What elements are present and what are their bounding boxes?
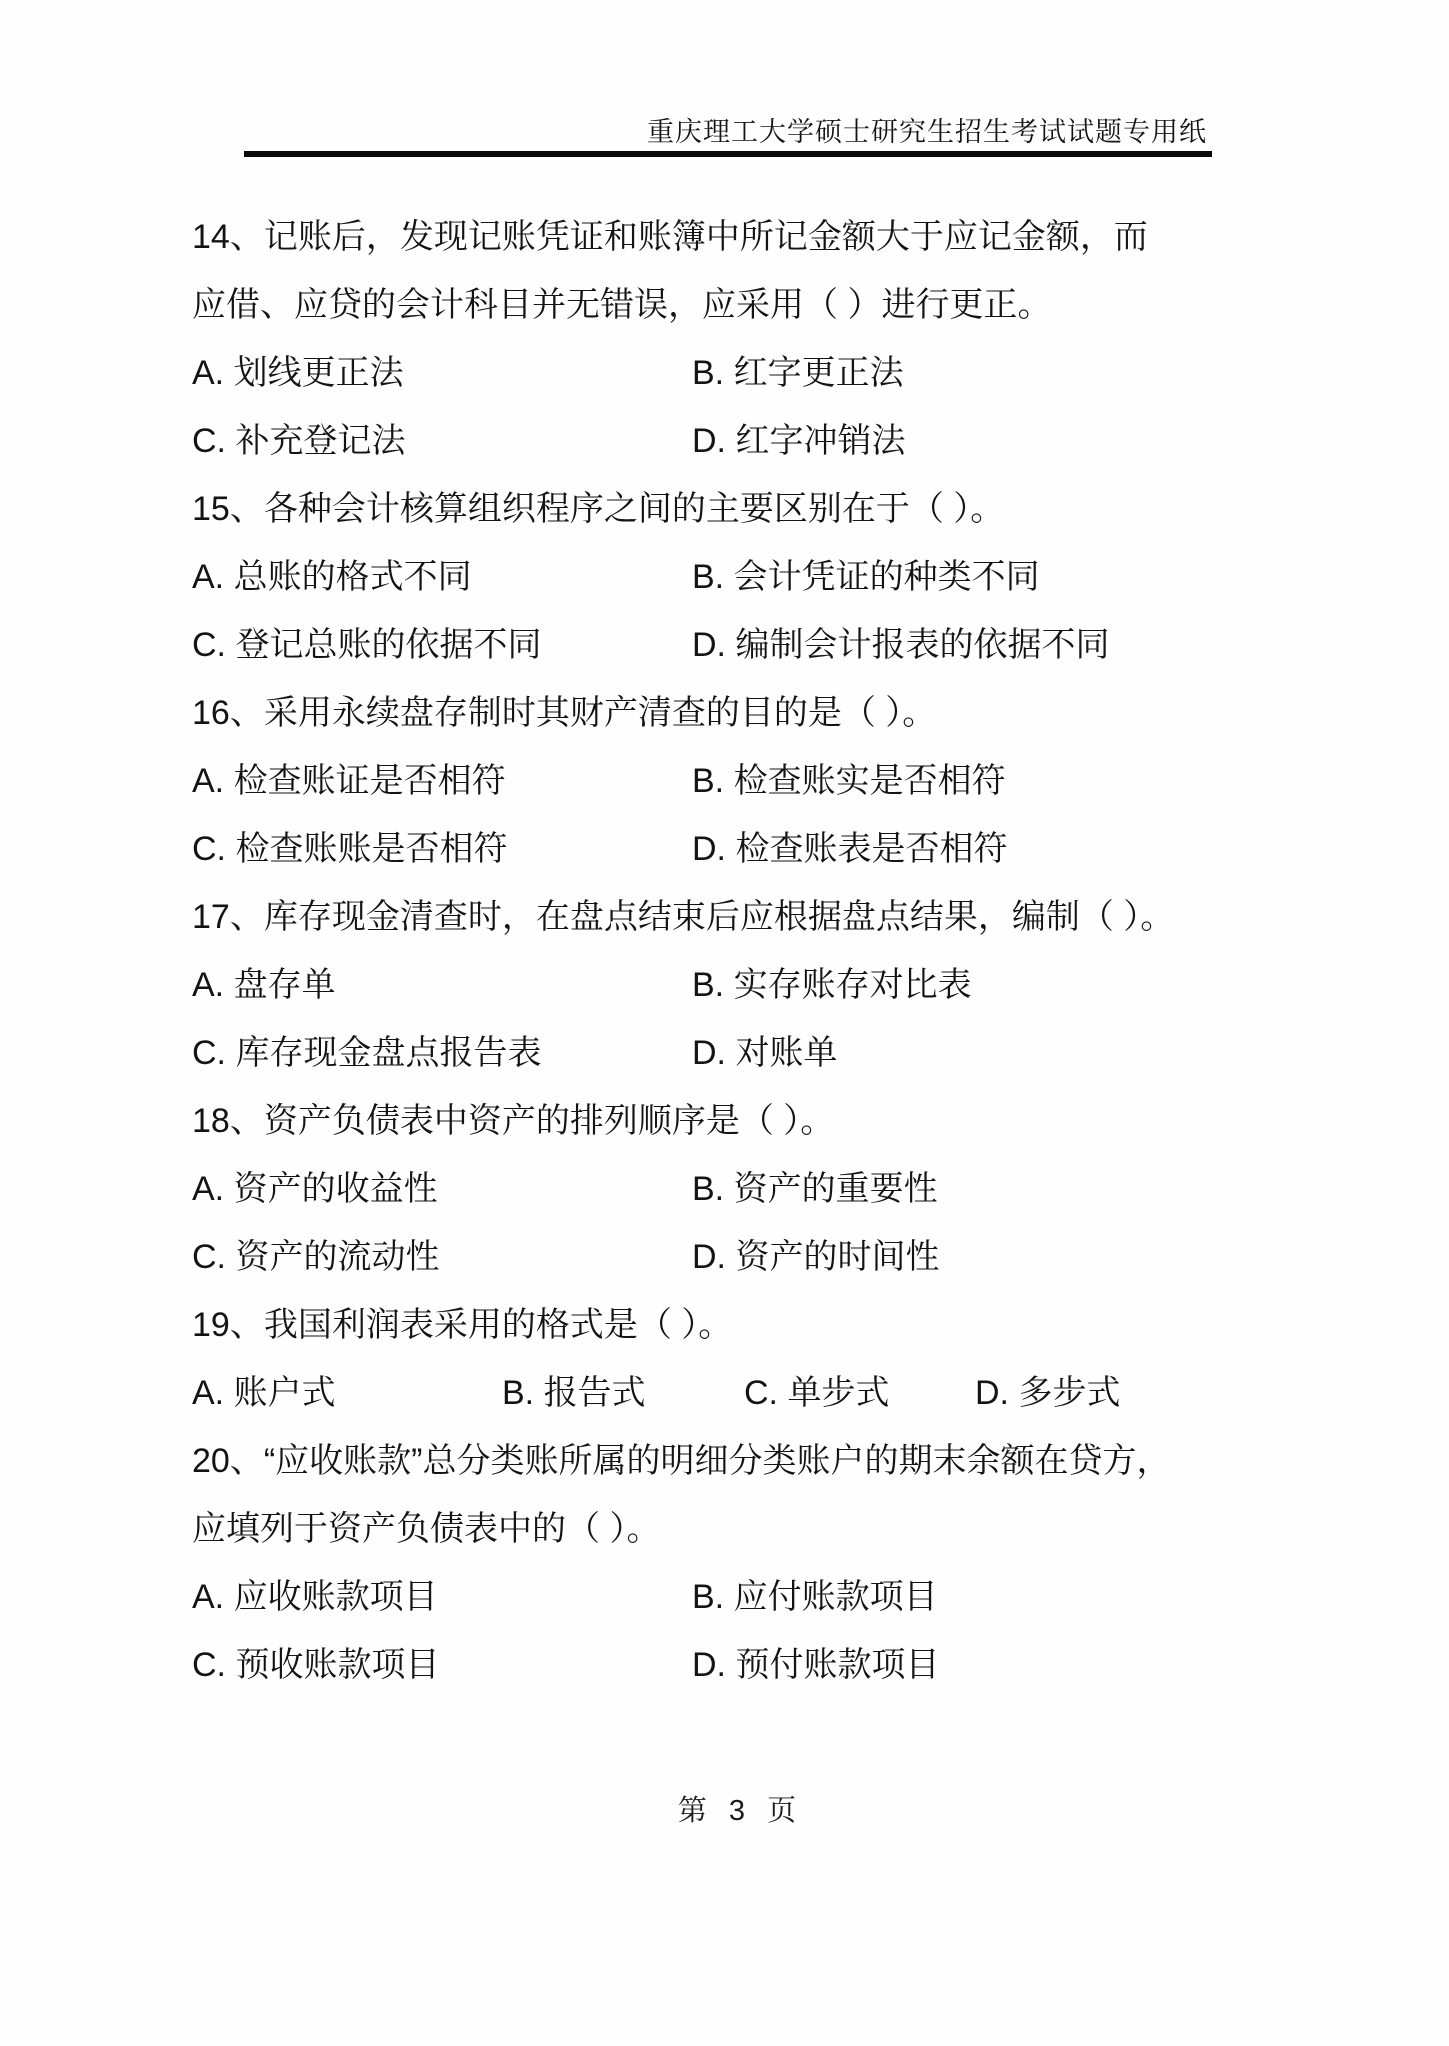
question-17-options-row-ab: A. 盘存单 B. 实存账存对比表 — [192, 951, 1282, 1019]
question-14-text-line-1: 14、记账后，发现记账凭证和账簿中所记金额大于应记金额，而 — [192, 203, 1282, 271]
option-16-a: A. 检查账证是否相符 — [192, 747, 692, 815]
option-18-d: D. 资产的时间性 — [692, 1223, 939, 1291]
question-17-text-line-1: 17、库存现金清查时，在盘点结束后应根据盘点结果，编制（ ）。 — [192, 883, 1282, 951]
question-15-options-row-ab: A. 总账的格式不同 B. 会计凭证的种类不同 — [192, 543, 1282, 611]
option-14-b: B. 红字更正法 — [692, 339, 904, 407]
option-18-c: C. 资产的流动性 — [192, 1223, 692, 1291]
question-14-options-row-cd: C. 补充登记法 D. 红字冲销法 — [192, 407, 1282, 475]
question-18-options-row-cd: C. 资产的流动性 D. 资产的时间性 — [192, 1223, 1282, 1291]
question-16-text-line-1: 16、采用永续盘存制时其财产清查的目的是（ ）。 — [192, 679, 1282, 747]
option-17-a: A. 盘存单 — [192, 951, 692, 1019]
option-18-a: A. 资产的收益性 — [192, 1155, 692, 1223]
option-14-d: D. 红字冲销法 — [692, 407, 905, 475]
question-16-options-row-ab: A. 检查账证是否相符 B. 检查账实是否相符 — [192, 747, 1282, 815]
option-14-c: C. 补充登记法 — [192, 407, 692, 475]
question-19-options-row-abcd: A. 账户式 B. 报告式 C. 单步式 D. 多步式 — [192, 1359, 1282, 1427]
question-16: 16、采用永续盘存制时其财产清查的目的是（ ）。 A. 检查账证是否相符 B. … — [192, 679, 1282, 883]
option-17-c: C. 库存现金盘点报告表 — [192, 1019, 692, 1087]
exam-paper-page: 重庆理工大学硕士研究生招生考试试题专用纸 14、记账后，发现记账凭证和账簿中所记… — [0, 0, 1449, 2046]
question-20-text-line-2: 应填列于资产负债表中的（ ）。 — [192, 1495, 1282, 1563]
question-15-text-line-1: 15、各种会计核算组织程序之间的主要区别在于（ ）。 — [192, 475, 1282, 543]
option-15-d: D. 编制会计报表的依据不同 — [692, 611, 1109, 679]
question-18-options-row-ab: A. 资产的收益性 B. 资产的重要性 — [192, 1155, 1282, 1223]
option-19-a: A. 账户式 — [192, 1359, 502, 1427]
header-title: 重庆理工大学硕士研究生招生考试试题专用纸 — [647, 116, 1207, 148]
question-20-options-row-ab: A. 应收账款项目 B. 应付账款项目 — [192, 1563, 1282, 1631]
page-number: 第 3 页 — [192, 1788, 1282, 1829]
questions-area: 14、记账后，发现记账凭证和账簿中所记金额大于应记金额，而 应借、应贷的会计科目… — [192, 203, 1282, 1699]
option-19-b: B. 报告式 — [502, 1359, 744, 1427]
option-15-b: B. 会计凭证的种类不同 — [692, 543, 1040, 611]
question-17-options-row-cd: C. 库存现金盘点报告表 D. 对账单 — [192, 1019, 1282, 1087]
option-20-b: B. 应付账款项目 — [692, 1563, 938, 1631]
option-17-b: B. 实存账存对比表 — [692, 951, 972, 1019]
option-20-a: A. 应收账款项目 — [192, 1563, 692, 1631]
option-16-b: B. 检查账实是否相符 — [692, 747, 1006, 815]
option-20-d: D. 预付账款项目 — [692, 1631, 939, 1699]
question-20: 20、“应收账款”总分类账所属的明细分类账户的期末余额在贷方， 应填列于资产负债… — [192, 1427, 1282, 1699]
question-17: 17、库存现金清查时，在盘点结束后应根据盘点结果，编制（ ）。 A. 盘存单 B… — [192, 883, 1282, 1087]
header-rule — [244, 151, 1212, 157]
question-20-options-row-cd: C. 预收账款项目 D. 预付账款项目 — [192, 1631, 1282, 1699]
question-15: 15、各种会计核算组织程序之间的主要区别在于（ ）。 A. 总账的格式不同 B.… — [192, 475, 1282, 679]
question-16-options-row-cd: C. 检查账账是否相符 D. 检查账表是否相符 — [192, 815, 1282, 883]
option-16-c: C. 检查账账是否相符 — [192, 815, 692, 883]
option-20-c: C. 预收账款项目 — [192, 1631, 692, 1699]
question-15-options-row-cd: C. 登记总账的依据不同 D. 编制会计报表的依据不同 — [192, 611, 1282, 679]
question-19: 19、我国利润表采用的格式是（ ）。 A. 账户式 B. 报告式 C. 单步式 … — [192, 1291, 1282, 1427]
option-16-d: D. 检查账表是否相符 — [692, 815, 1007, 883]
question-18-text-line-1: 18、资产负债表中资产的排列顺序是（ ）。 — [192, 1087, 1282, 1155]
option-14-a: A. 划线更正法 — [192, 339, 692, 407]
option-17-d: D. 对账单 — [692, 1019, 837, 1087]
option-19-c: C. 单步式 — [744, 1359, 975, 1427]
question-14-text-line-2: 应借、应贷的会计科目并无错误，应采用（ ）进行更正。 — [192, 271, 1282, 339]
option-15-c: C. 登记总账的依据不同 — [192, 611, 692, 679]
question-19-text-line-1: 19、我国利润表采用的格式是（ ）。 — [192, 1291, 1282, 1359]
option-15-a: A. 总账的格式不同 — [192, 543, 692, 611]
question-20-text-line-1: 20、“应收账款”总分类账所属的明细分类账户的期末余额在贷方， — [192, 1427, 1282, 1495]
question-14: 14、记账后，发现记账凭证和账簿中所记金额大于应记金额，而 应借、应贷的会计科目… — [192, 203, 1282, 475]
option-18-b: B. 资产的重要性 — [692, 1155, 938, 1223]
question-14-options-row-ab: A. 划线更正法 B. 红字更正法 — [192, 339, 1282, 407]
option-19-d: D. 多步式 — [975, 1359, 1120, 1427]
question-18: 18、资产负债表中资产的排列顺序是（ ）。 A. 资产的收益性 B. 资产的重要… — [192, 1087, 1282, 1291]
